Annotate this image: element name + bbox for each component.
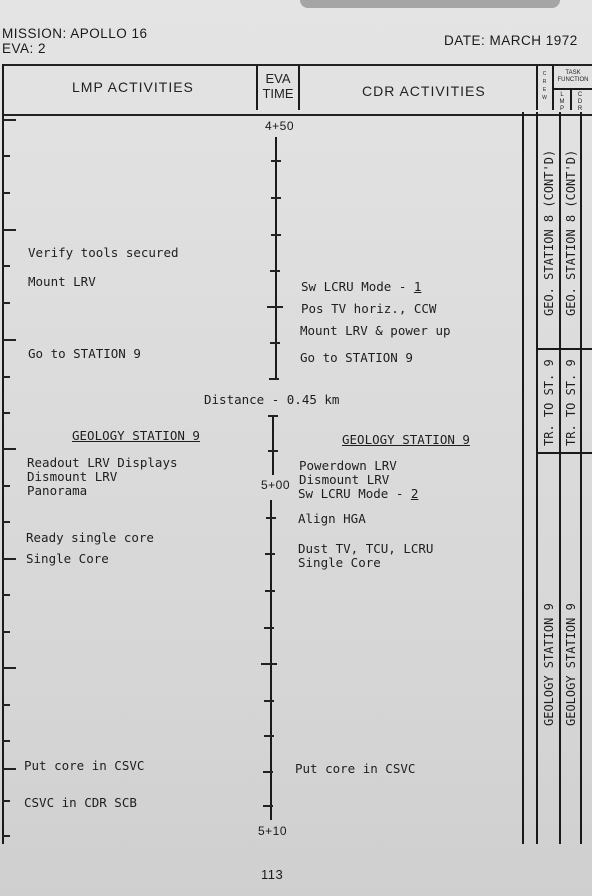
task-cdr-seg-1: GEO. STATION 8 (CONT'D)	[564, 150, 578, 316]
task-function-divider	[552, 88, 592, 90]
right-col-line-2	[536, 112, 538, 844]
cdr-activity: Mount LRV & power up	[300, 323, 451, 338]
task-lmp-seg-2: TR. TO ST. 9	[542, 359, 556, 446]
margin-tick	[2, 119, 16, 121]
margin-tick	[2, 631, 10, 633]
eva-time-line2: TIME	[260, 86, 296, 101]
divider-eva-cdr	[298, 66, 300, 110]
cdr-activity: Dust TV, TCU, LCRU	[298, 541, 433, 556]
time-middle-label: 5+00	[261, 478, 290, 492]
lmp-activities-header: LMP ACTIVITIES	[72, 79, 194, 95]
task-lmp-seg-3: GEOLOGY STATION 9	[542, 603, 556, 726]
task-lmp-header: LMP	[555, 92, 569, 113]
margin-tick	[2, 448, 16, 450]
timeline-tick	[269, 378, 279, 380]
lmp-activity: Put core in CSVC	[24, 758, 144, 773]
lmp-activity: Panorama	[27, 483, 87, 498]
task-lmp-seg-1: GEO. STATION 8 (CONT'D)	[542, 150, 556, 316]
time-end-label: 5+10	[258, 824, 287, 838]
eva-label: EVA: 2	[2, 41, 46, 56]
timeline-tick	[268, 450, 278, 452]
mission-label: MISSION: APOLLO 16	[2, 26, 148, 41]
cdr-activities-header: CDR ACTIVITIES	[362, 83, 486, 99]
lmp-activity: Readout LRV Displays	[27, 455, 178, 470]
timeline-tick	[270, 342, 280, 344]
photo-edge-shadow	[300, 0, 560, 8]
lmp-activity: CSVC in CDR SCB	[24, 795, 137, 810]
margin-tick	[2, 667, 16, 669]
timeline-tick	[267, 306, 283, 308]
lcru-mode-value: 2	[411, 486, 419, 501]
cdr-activity: Sw LCRU Mode - 2	[298, 486, 418, 501]
margin-tick	[2, 302, 10, 304]
lcru-mode-value: 1	[414, 279, 422, 294]
date-label: DATE: MARCH 1972	[444, 33, 578, 48]
cdr-activity: Pos TV horiz., CCW	[301, 301, 436, 316]
eva-time-header: EVA TIME	[260, 71, 296, 101]
timeline-tick	[263, 805, 273, 807]
time-start-label: 4+50	[265, 119, 294, 133]
cdr-activity: Align HGA	[298, 511, 366, 526]
right-col-line-1	[522, 112, 524, 844]
lmp-activity: Go to STATION 9	[28, 346, 141, 361]
cdr-station-heading: GEOLOGY STATION 9	[342, 432, 470, 447]
cdr-activity: Put core in CSVC	[295, 761, 415, 776]
timeline-tick	[265, 590, 275, 592]
timeline-tick	[264, 735, 274, 737]
page-number: 113	[261, 867, 283, 882]
lmp-activity: Mount LRV	[28, 274, 96, 289]
margin-tick	[2, 704, 10, 706]
lmp-activity: Single Core	[26, 551, 109, 566]
margin-tick	[2, 485, 10, 487]
distance-note: Distance - 0.45 km	[204, 392, 339, 407]
margin-tick	[2, 412, 10, 414]
cdr-activity-text: Sw LCRU Mode -	[298, 486, 411, 501]
timeline-tick	[271, 160, 281, 162]
task-seg-divider-1	[536, 348, 592, 350]
right-col-line-4	[580, 112, 582, 844]
left-margin-line	[2, 112, 4, 844]
margin-tick	[2, 376, 10, 378]
task-cdr-seg-2: TR. TO ST. 9	[564, 359, 578, 446]
lmp-activity: Ready single core	[26, 530, 154, 545]
margin-tick	[2, 558, 16, 560]
task-cdr-header: CDR	[573, 92, 587, 113]
right-col-line-3	[559, 112, 561, 844]
left-border	[2, 64, 4, 112]
task-lmp-cdr-divider	[570, 89, 572, 110]
margin-tick	[2, 800, 10, 802]
cdr-activity: Powerdown LRV	[299, 458, 397, 473]
lmp-activity: Dismount LRV	[27, 469, 117, 484]
margin-tick	[2, 740, 10, 742]
timeline-tick	[261, 663, 277, 665]
timeline-tick	[264, 627, 274, 629]
margin-tick	[2, 192, 10, 194]
timeline-tick	[264, 700, 274, 702]
timeline-segment-2	[272, 415, 274, 475]
timeline-tick	[271, 234, 281, 236]
margin-tick	[2, 339, 16, 341]
margin-tick	[2, 155, 10, 157]
lmp-station-heading: GEOLOGY STATION 9	[72, 428, 200, 443]
eva-time-line1: EVA	[260, 71, 296, 86]
crew-narrow-header: CREW	[538, 70, 551, 102]
margin-tick	[2, 594, 10, 596]
timeline-tick	[266, 517, 276, 519]
cdr-activity: Dismount LRV	[299, 472, 389, 487]
cdr-activity: Go to STATION 9	[300, 350, 413, 365]
task-cdr-seg-3: GEOLOGY STATION 9	[564, 603, 578, 726]
timeline-tick	[265, 553, 275, 555]
task-seg-divider-2	[536, 452, 592, 454]
timeline-tick	[268, 415, 278, 417]
timeline-tick	[270, 270, 280, 272]
divider-lmp-eva	[256, 66, 258, 110]
lmp-activity: Verify tools secured	[28, 245, 179, 260]
margin-tick	[2, 835, 10, 837]
timeline-tick	[271, 197, 281, 199]
margin-tick	[2, 265, 10, 267]
cdr-activity: Sw LCRU Mode - 1	[301, 279, 421, 294]
cdr-activity-text: Sw LCRU Mode -	[301, 279, 414, 294]
margin-tick	[2, 521, 10, 523]
timeline-tick	[263, 771, 273, 773]
cdr-activity: Single Core	[298, 555, 381, 570]
task-function-header: TASK FUNCTION	[554, 70, 592, 84]
margin-tick	[2, 229, 16, 231]
margin-tick	[2, 768, 16, 770]
